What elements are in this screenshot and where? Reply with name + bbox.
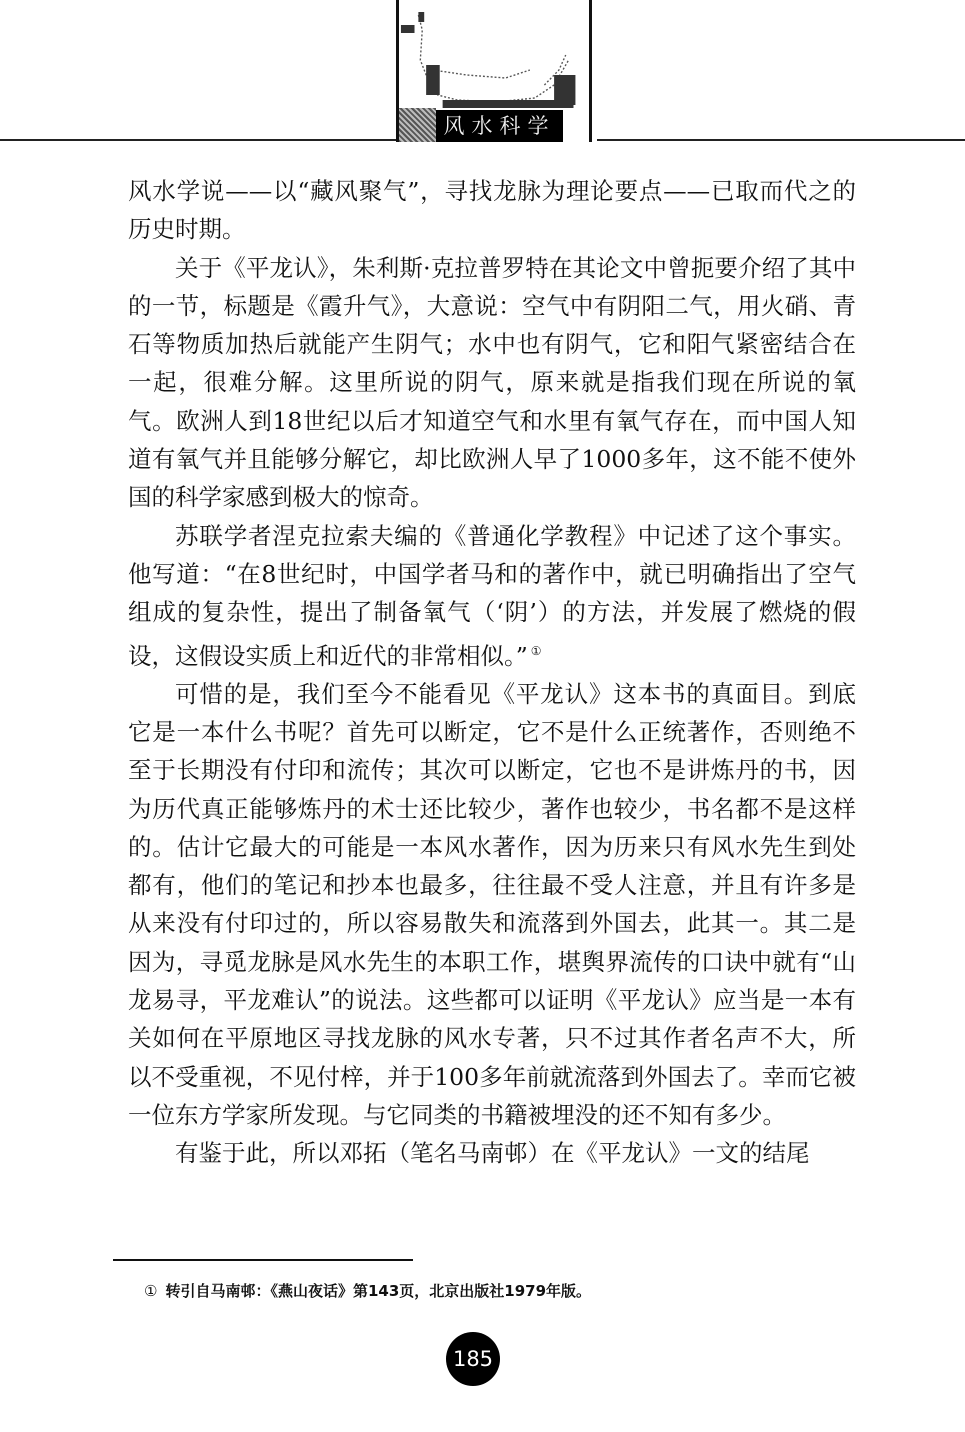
body-text: 风水学说——以“藏风聚气”，寻找龙脉为理论要点——已取而代之的历史时期。 关于《… [128, 172, 856, 1173]
footnote-reference[interactable]: ① [531, 644, 542, 658]
paragraph: 苏联学者涅克拉索夫编的《普通化学教程》中记述了这个事实。他写道：“在8世纪时，中… [128, 517, 856, 675]
paragraph: 关于《平龙认》，朱利斯·克拉普罗特在其论文中曾扼要介绍了其中的一节，标题是《霞升… [128, 249, 856, 517]
paragraph-text: 苏联学者涅克拉索夫编的《普通化学教程》中记述了这个事实。他写道：“在8世纪时，中… [128, 522, 856, 670]
running-header-emblem: 风水科学 [396, 0, 592, 142]
paragraph: 可惜的是，我们至今不能看见《平龙认》这本书的真面目。到底它是一本什么书呢？首先可… [128, 675, 856, 1135]
page-number: 185 [446, 1332, 500, 1386]
running-title: 风水科学 [436, 110, 563, 142]
footnote: ①转引自马南邨：《燕山夜话》第143页，北京出版社1979年版。 [144, 1280, 844, 1302]
footnote-divider [113, 1259, 413, 1261]
footnote-mark: ① [144, 1282, 157, 1300]
footnote-text: 转引自马南邨：《燕山夜话》第143页，北京出版社1979年版。 [165, 1282, 591, 1300]
texture-block [399, 108, 436, 142]
paragraph: 风水学说——以“藏风聚气”，寻找龙脉为理论要点——已取而代之的历史时期。 [128, 172, 856, 249]
paragraph: 有鉴于此，所以邓拓（笔名马南邨）在《平龙认》一文的结尾 [128, 1134, 856, 1172]
header-rule-left [0, 139, 400, 141]
header-rule-right [597, 139, 965, 141]
